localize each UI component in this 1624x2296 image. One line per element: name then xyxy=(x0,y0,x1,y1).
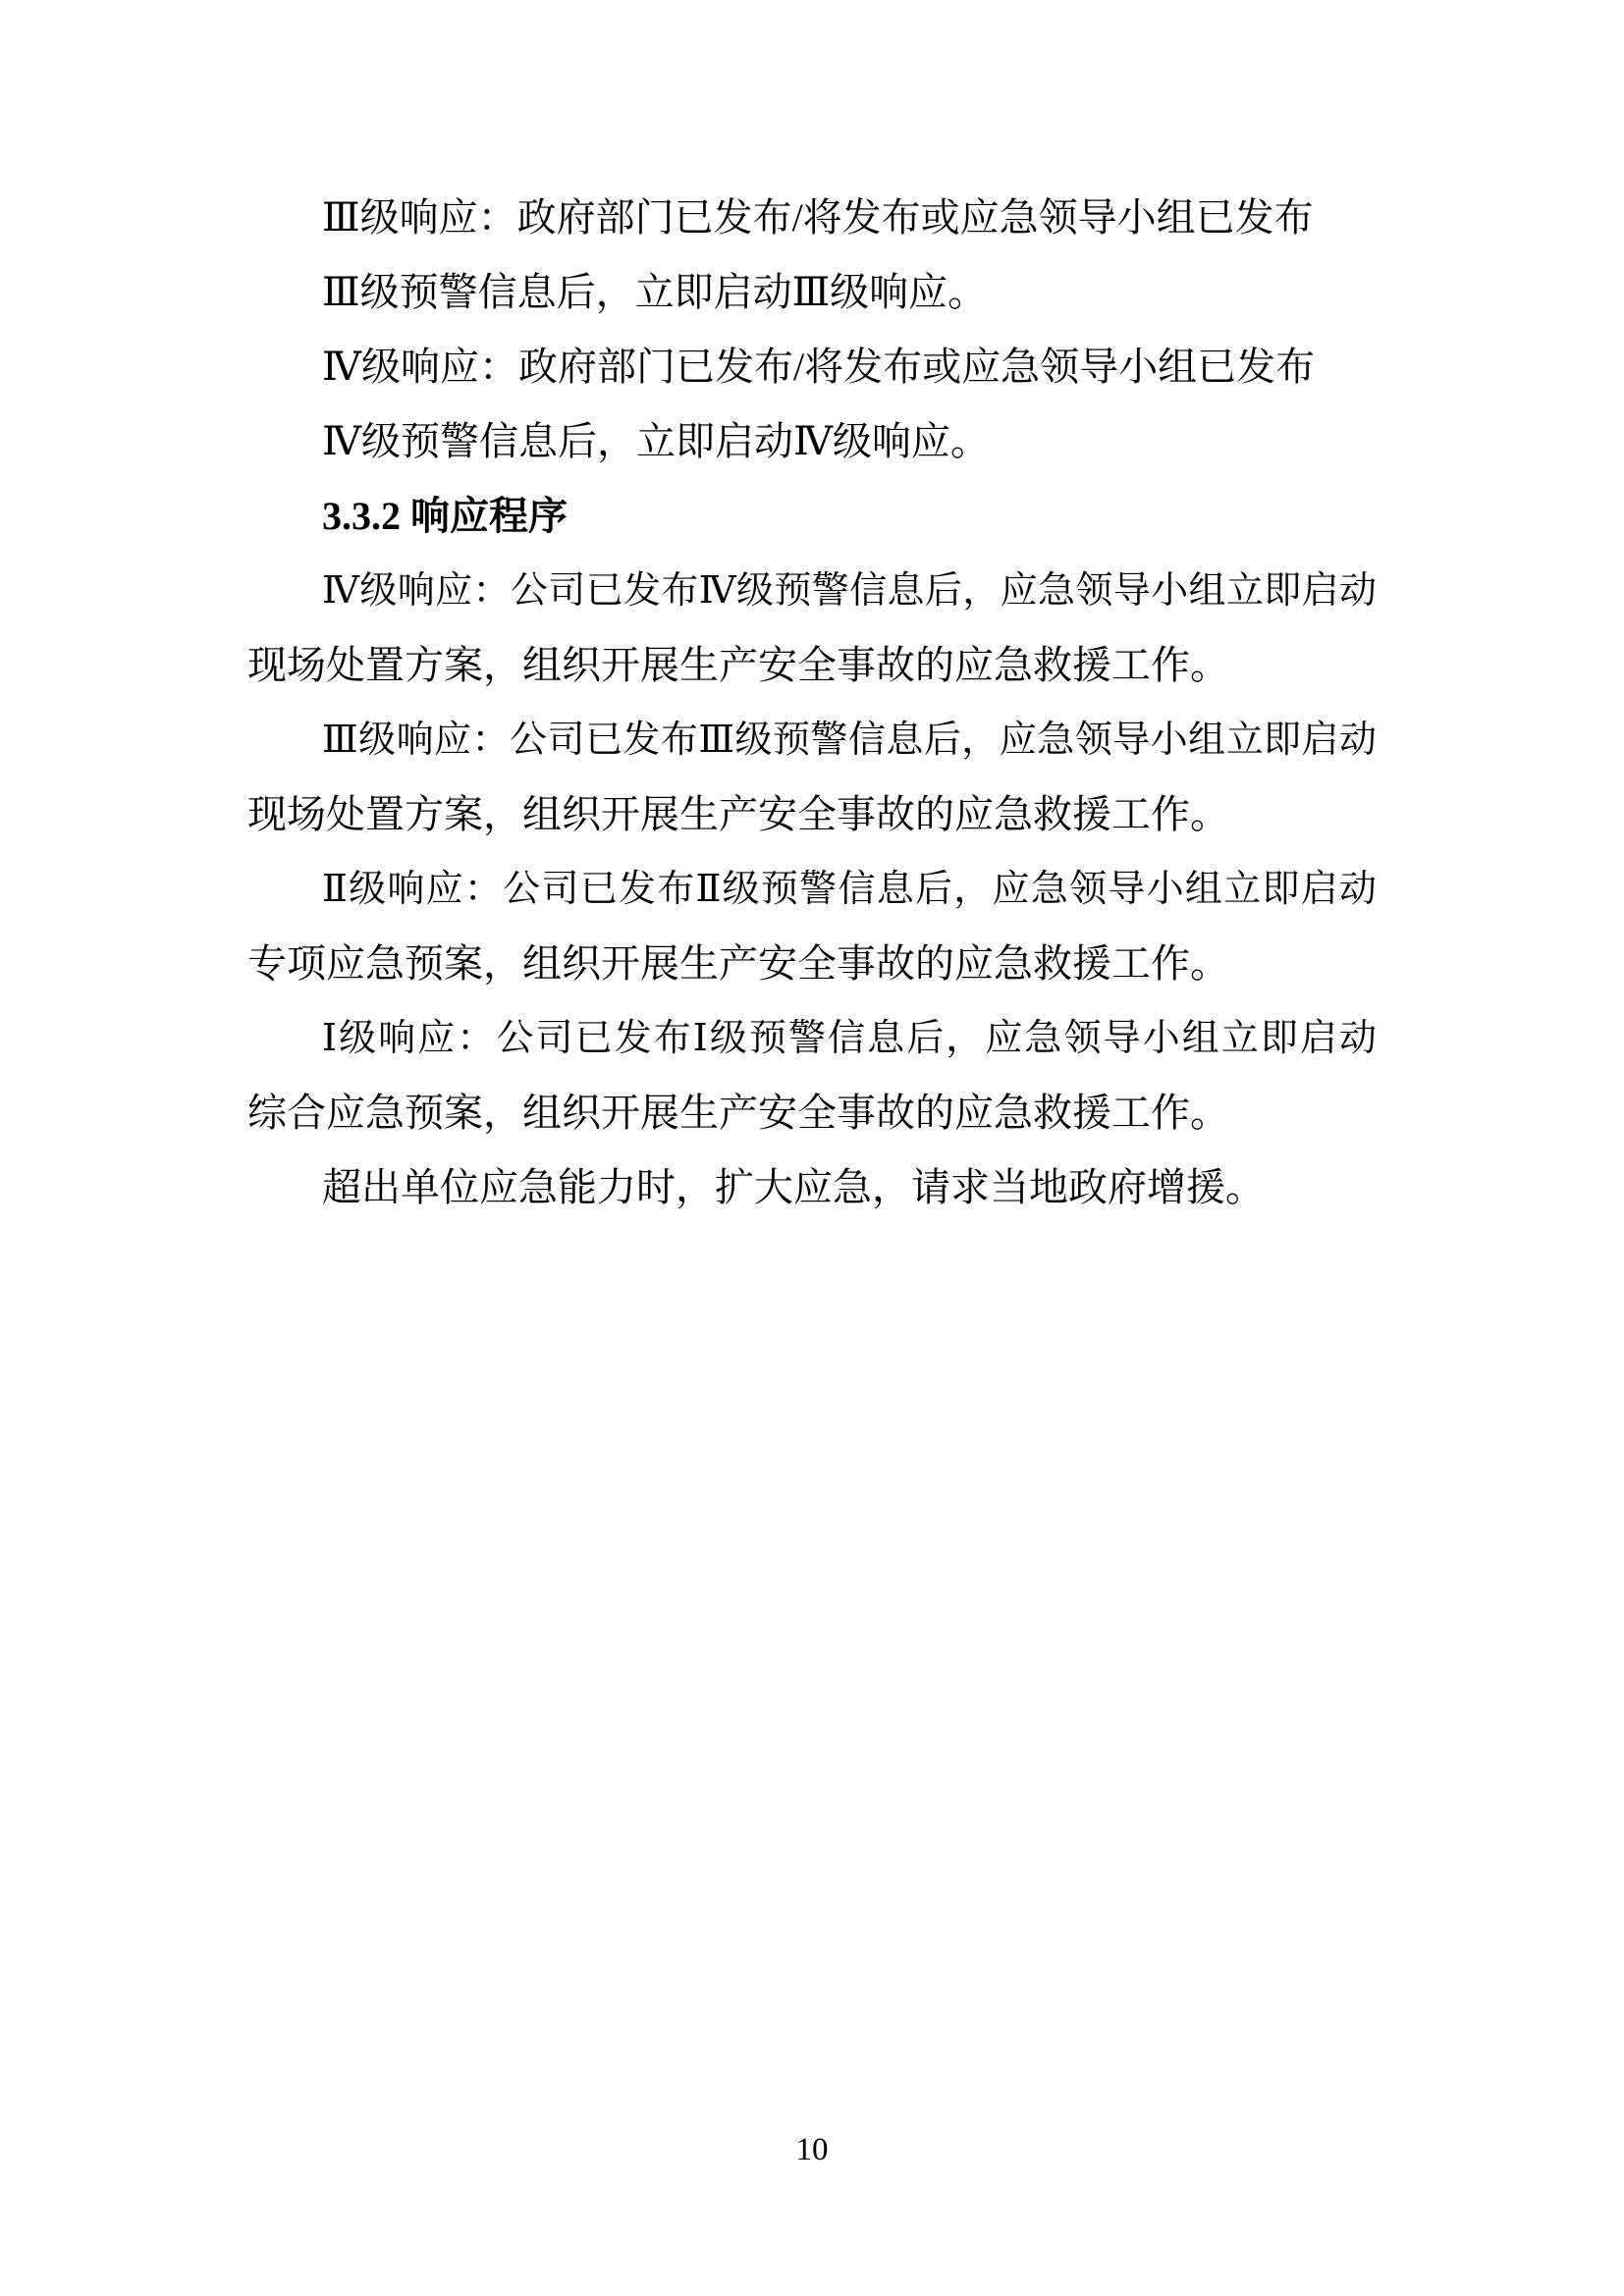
paragraph-line: Ⅱ级响应：公司已发布Ⅱ级预警信息后，应急领导小组立即启动 xyxy=(247,852,1377,927)
paragraph-line: 超出单位应急能力时，扩大应急，请求当地政府增援。 xyxy=(247,1150,1377,1225)
paragraph-line: Ⅳ级响应：政府部门已发布/将发布或应急领导小组已发布 xyxy=(247,330,1377,404)
document-page: Ⅲ级响应：政府部门已发布/将发布或应急领导小组已发布 Ⅲ级预警信息后，立即启动Ⅲ… xyxy=(0,0,1624,2296)
paragraph-line: 现场处置方案，组织开展生产安全事故的应急救援工作。 xyxy=(247,628,1377,703)
paragraph-line: 综合应急预案，组织开展生产安全事故的应急救援工作。 xyxy=(247,1076,1377,1150)
paragraph-line: Ⅳ级预警信息后，立即启动Ⅳ级响应。 xyxy=(247,404,1377,479)
page-number: 10 xyxy=(0,2132,1624,2168)
paragraph-line: Ⅲ级响应：政府部门已发布/将发布或应急领导小组已发布 xyxy=(247,181,1377,255)
paragraph-line: Ⅲ级预警信息后，立即启动Ⅲ级响应。 xyxy=(247,255,1377,330)
paragraph-line: 专项应急预案，组织开展生产安全事故的应急救援工作。 xyxy=(247,927,1377,1001)
document-body: Ⅲ级响应：政府部门已发布/将发布或应急领导小组已发布 Ⅲ级预警信息后，立即启动Ⅲ… xyxy=(247,181,1377,1225)
paragraph-line: Ⅳ级响应：公司已发布Ⅳ级预警信息后，应急领导小组立即启动 xyxy=(247,554,1377,628)
paragraph-line: 现场处置方案，组织开展生产安全事故的应急救援工作。 xyxy=(247,777,1377,852)
paragraph-line: Ⅰ级响应：公司已发布Ⅰ级预警信息后，应急领导小组立即启动 xyxy=(247,1001,1377,1076)
paragraph-line: Ⅲ级响应：公司已发布Ⅲ级预警信息后，应急领导小组立即启动 xyxy=(247,703,1377,777)
section-heading: 3.3.2 响应程序 xyxy=(247,479,1377,554)
